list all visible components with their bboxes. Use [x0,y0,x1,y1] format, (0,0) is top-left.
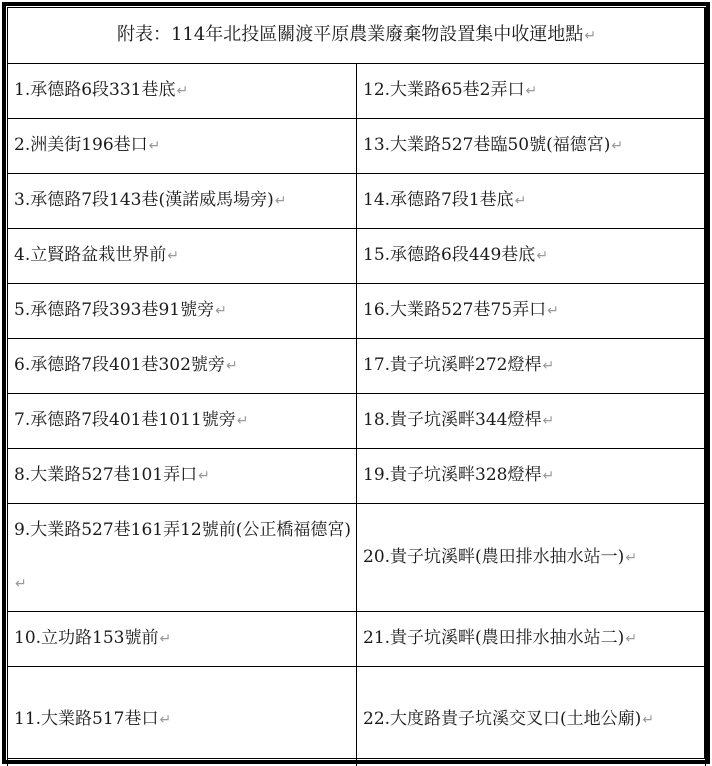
table-cell: 7.承德路7段401巷1011號旁↵ [8,394,357,449]
table-cell: 4.立賢路盆栽世界前↵ [8,229,357,284]
table-row: 3.承德路7段143巷(漢諾威馬場旁)↵ 14.承德路7段1巷底↵ [8,174,706,229]
paragraph-mark-icon: ↵ [515,193,527,209]
paragraph-mark-icon: ↵ [176,83,188,99]
location-item: 13.大業路527巷臨50號(福德宮) [363,135,610,155]
location-item: 20.貴子坑溪畔(農田排水抽水站一) [363,547,624,567]
location-item: 16.大業路527巷75弄口 [363,300,546,320]
table-row: 7.承德路7段401巷1011號旁↵ 18.貴子坑溪畔344燈桿↵ [8,394,706,449]
location-item: 19.貴子坑溪畔328燈桿 [363,465,541,485]
table-cell: 17.貴子坑溪畔272燈桿↵ [357,339,706,394]
paragraph-mark-icon: ↵ [275,193,287,209]
paragraph-mark-icon: ↵ [625,631,637,647]
table-cell: 8.大業路527巷101弄口↵ [8,449,357,504]
location-item: 3.承德路7段143巷(漢諾威馬場旁) [14,190,274,210]
table-row: 1.承德路6段331巷底↵ 12.大業路65巷2弄口↵ [8,64,706,119]
paragraph-mark-icon: ↵ [15,576,27,592]
location-item: 14.承德路7段1巷底 [363,190,514,210]
table-title-cell: 附表：114年北投區關渡平原農業廢棄物設置集中收運地點↵ [8,8,706,64]
location-item: 22.大度路貴子坑溪交叉口(土地公廟) [363,709,641,729]
table-cell: 2.洲美街196巷口↵ [8,119,357,174]
paragraph-mark-icon: ↵ [215,303,227,319]
location-item: 2.洲美街196巷口 [14,135,148,155]
paragraph-mark-icon: ↵ [542,358,554,374]
table-cell: 22.大度路貴子坑溪交叉口(土地公廟)↵ [357,667,706,766]
location-item: 5.承德路7段393巷91號旁 [14,300,214,320]
table-row: 9.大業路527巷161弄12號前(公正橋福德宮)↵ 20.貴子坑溪畔(農田排水… [8,504,706,612]
paragraph-mark-icon: ↵ [198,468,210,484]
location-item: 8.大業路527巷101弄口 [14,465,197,485]
location-item: 7.承德路7段401巷1011號旁 [14,410,236,430]
table-row: 5.承德路7段393巷91號旁↵ 16.大業路527巷75弄口↵ [8,284,706,339]
location-item: 21.貴子坑溪畔(農田排水抽水站二) [363,628,624,648]
table-row: 10.立功路153號前↵ 21.貴子坑溪畔(農田排水抽水站二)↵ [8,612,706,667]
table-title: 附表：114年北投區關渡平原農業廢棄物設置集中收運地點 [117,24,583,45]
location-item: 12.大業路65巷2弄口 [363,80,524,100]
location-item: 15.承德路6段449巷底 [363,245,535,265]
title-row: 附表：114年北投區關渡平原農業廢棄物設置集中收運地點↵ [8,8,706,64]
location-item: 18.貴子坑溪畔344燈桿 [363,410,541,430]
paragraph-mark-icon: ↵ [611,138,623,154]
table-cell: 6.承德路7段401巷302號旁↵ [8,339,357,394]
paragraph-mark-icon: ↵ [542,468,554,484]
table-cell: 12.大業路65巷2弄口↵ [357,64,706,119]
table-cell: 16.大業路527巷75弄口↵ [357,284,706,339]
paragraph-mark-icon: ↵ [159,712,171,728]
paragraph-mark-icon: ↵ [547,303,559,319]
paragraph-mark-icon: ↵ [159,631,171,647]
collection-points-table: 附表：114年北投區關渡平原農業廢棄物設置集中收運地點↵ 1.承德路6段331巷… [7,7,706,766]
location-item: 1.承德路6段331巷底 [14,80,175,100]
table-row: 4.立賢路盆栽世界前↵ 15.承德路6段449巷底↵ [8,229,706,284]
paragraph-mark-icon: ↵ [149,138,161,154]
paragraph-mark-icon: ↵ [226,358,238,374]
table-cell: 21.貴子坑溪畔(農田排水抽水站二)↵ [357,612,706,667]
table-cell: 15.承德路6段449巷底↵ [357,229,706,284]
table-cell: 19.貴子坑溪畔328燈桿↵ [357,449,706,504]
location-item: 17.貴子坑溪畔272燈桿 [363,355,541,375]
paragraph-mark-icon: ↵ [625,550,637,566]
table-cell: 1.承德路6段331巷底↵ [8,64,357,119]
table-row: 2.洲美街196巷口↵ 13.大業路527巷臨50號(福德宮)↵ [8,119,706,174]
paragraph-mark-icon: ↵ [237,413,249,429]
table-cell: 18.貴子坑溪畔344燈桿↵ [357,394,706,449]
table-cell: 5.承德路7段393巷91號旁↵ [8,284,357,339]
location-item: 4.立賢路盆栽世界前 [14,245,166,265]
table-cell: 11.大業路517巷口↵ [8,667,357,766]
table-row: 6.承德路7段401巷302號旁↵ 17.貴子坑溪畔272燈桿↵ [8,339,706,394]
table-cell: 9.大業路527巷161弄12號前(公正橋福德宮)↵ [8,504,357,612]
paragraph-mark-icon: ↵ [525,83,537,99]
paragraph-mark-icon: ↵ [642,712,654,728]
table-cell: 20.貴子坑溪畔(農田排水抽水站一)↵ [357,504,706,612]
table-cell: 10.立功路153號前↵ [8,612,357,667]
paragraph-mark-icon: ↵ [584,28,596,44]
location-item: 9.大業路527巷161弄12號前(公正橋福德宮) [14,520,351,540]
paragraph-mark-icon: ↵ [167,248,179,264]
table-row: 8.大業路527巷101弄口↵ 19.貴子坑溪畔328燈桿↵ [8,449,706,504]
table-cell: 3.承德路7段143巷(漢諾威馬場旁)↵ [8,174,357,229]
table-row: 11.大業路517巷口↵ 22.大度路貴子坑溪交叉口(土地公廟)↵ [8,667,706,766]
paragraph-mark-icon: ↵ [536,248,548,264]
location-item: 6.承德路7段401巷302號旁 [14,355,225,375]
table-cell: 13.大業路527巷臨50號(福德宮)↵ [357,119,706,174]
location-item: 10.立功路153號前 [14,628,158,648]
paragraph-mark-icon: ↵ [542,413,554,429]
table-cell: 14.承德路7段1巷底↵ [357,174,706,229]
location-item: 11.大業路517巷口 [14,709,158,729]
